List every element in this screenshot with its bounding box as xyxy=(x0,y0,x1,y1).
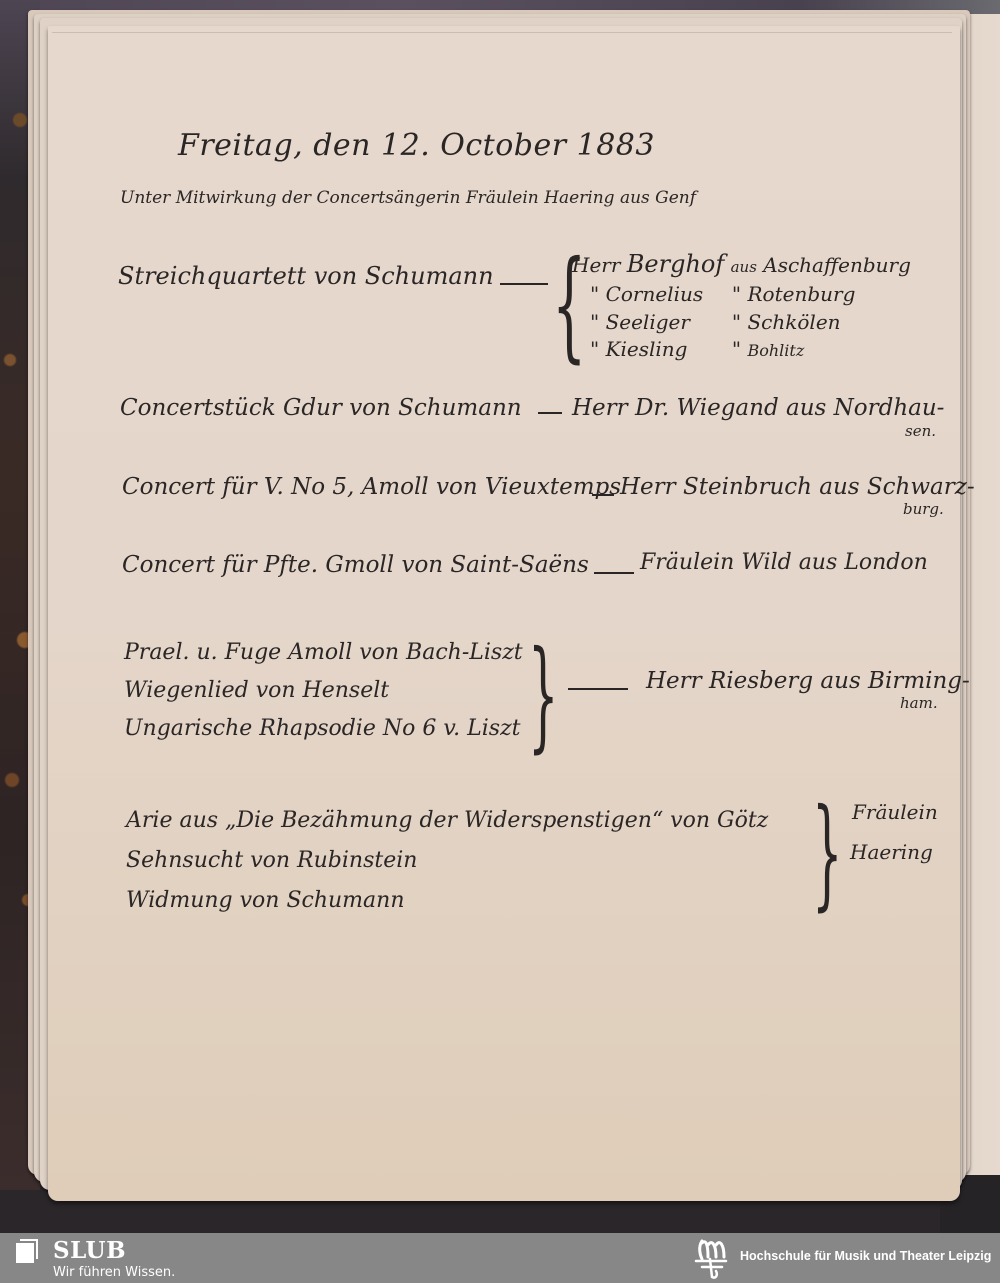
performer-name: Berghof xyxy=(627,250,724,278)
pieces-brace: } xyxy=(812,794,843,914)
program-piece-4: Concert für Pfte. Gmoll von Saint-Saëns xyxy=(122,552,589,578)
program-piece-2: Concertstück Gdur von Schumann xyxy=(120,395,522,421)
program-performer-3: Herr Steinbruch aus Schwarz- xyxy=(620,474,975,500)
connector-dash xyxy=(592,494,614,496)
program-performer-3-cont: burg. xyxy=(903,500,944,518)
slub-book-icon xyxy=(14,1237,40,1265)
performer-line: " Seeliger " Schkölen xyxy=(590,310,841,334)
hmt-name: Hochschule für Musik und Theater Leipzig xyxy=(740,1249,991,1263)
performer-from: " xyxy=(732,310,741,334)
performer-place: Aschaffenburg xyxy=(763,253,911,277)
program-piece-6a: Arie aus „Die Bezähmung der Widerspensti… xyxy=(126,808,768,833)
program-piece-5b: Wiegenlied von Henselt xyxy=(124,678,389,703)
program-piece-6b: Sehnsucht von Rubinstein xyxy=(126,848,417,873)
performer-name: Seeliger xyxy=(606,310,726,334)
performer-place: Rotenburg xyxy=(747,282,855,306)
performer-place: Bohlitz xyxy=(747,341,804,360)
pieces-brace: } xyxy=(528,636,559,756)
performer-from: " xyxy=(732,282,741,306)
performer-line: " Cornelius " Rotenburg xyxy=(590,282,855,306)
program-performer-2-cont: sen. xyxy=(905,422,936,440)
performer-prefix: " xyxy=(590,310,599,334)
concert-date-heading: Freitag, den 12. October 1883 xyxy=(178,128,655,163)
performer-name: Kiesling xyxy=(606,337,726,361)
program-piece-6c: Widmung von Schumann xyxy=(126,888,405,913)
program-performer-6-cont: Haering xyxy=(850,840,933,864)
performer-from: " xyxy=(732,337,741,361)
program-performer-5-cont: ham. xyxy=(900,694,938,712)
program-performer-4: Fräulein Wild aus London xyxy=(640,550,928,575)
slub-tagline: Wir führen Wissen. xyxy=(53,1265,175,1280)
performer-place: Schkölen xyxy=(747,310,840,334)
performer-prefix: Herr xyxy=(572,253,620,277)
performer-prefix: " xyxy=(590,337,599,361)
program-piece-1: Streichquartett von Schumann xyxy=(118,262,494,290)
performer-prefix: " xyxy=(590,282,599,306)
performer-name: Cornelius xyxy=(606,282,726,306)
program-piece-5a: Prael. u. Fuge Amoll von Bach-Liszt xyxy=(124,640,523,665)
program-performer-6: Fräulein xyxy=(852,800,938,824)
program-performer-2: Herr Dr. Wiegand aus Nordhau- xyxy=(572,395,944,421)
program-piece-5c: Ungarische Rhapsodie No 6 v. Liszt xyxy=(124,716,521,741)
connector-dash xyxy=(538,412,562,414)
concert-subtitle: Unter Mitwirkung der Concertsängerin Frä… xyxy=(120,188,696,208)
performer-line: Herr Berghof aus Aschaffenburg xyxy=(572,250,911,278)
performer-from: aus xyxy=(731,258,757,276)
connector-dash xyxy=(500,283,548,285)
footer-bar: SLUB Wir führen Wissen. Hochschule für M… xyxy=(0,1233,1000,1283)
performer-line: " Kiesling " Bohlitz xyxy=(590,337,804,361)
program-performer-5: Herr Riesberg aus Birming- xyxy=(646,668,970,694)
slub-name: SLUB xyxy=(53,1237,126,1264)
hmt-monogram-icon xyxy=(692,1235,732,1281)
page-edge-line xyxy=(52,32,952,33)
connector-dash xyxy=(568,688,628,690)
program-piece-3: Concert für V. No 5, Amoll von Vieuxtemp… xyxy=(122,474,621,500)
connector-dash xyxy=(594,572,634,574)
